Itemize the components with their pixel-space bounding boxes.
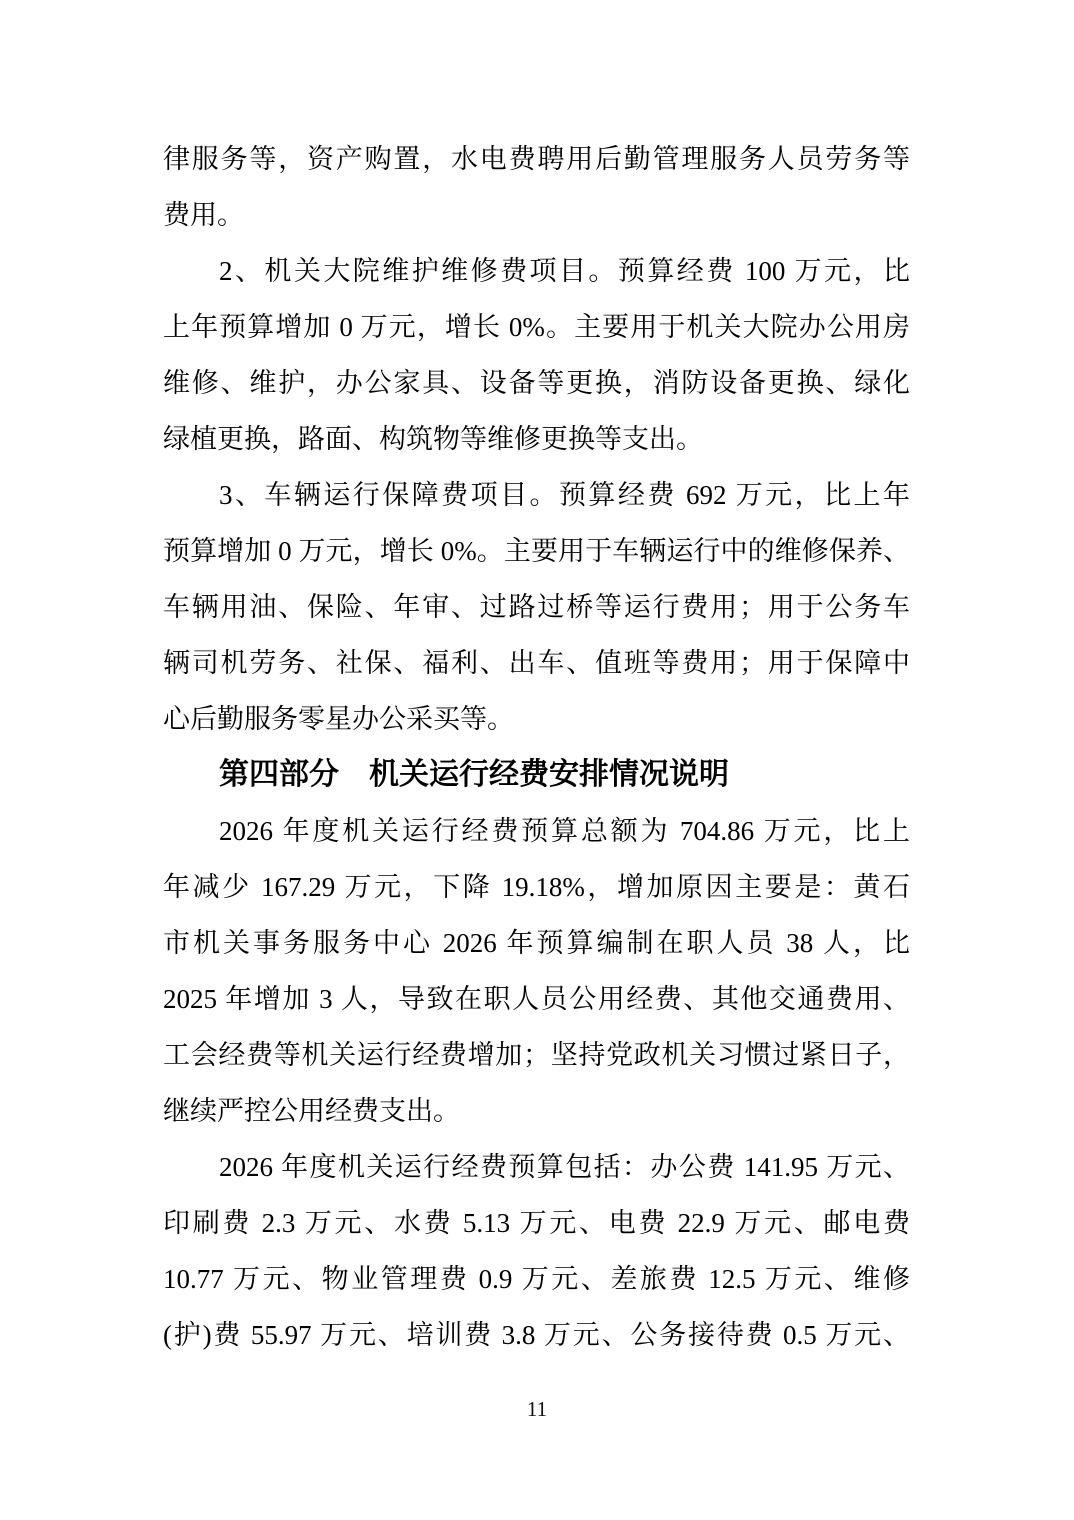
body-line: 2026 年度机关运行经费预算包括：办公费 141.95 万元、 bbox=[163, 1139, 910, 1195]
body-line: 工会经费等机关运行经费增加；坚持党政机关习惯过紧日子， bbox=[163, 1027, 910, 1083]
document-body: 律服务等，资产购置，水电费聘用后勤管理服务人员劳务等费用。2、机关大院维护维修费… bbox=[163, 131, 910, 1363]
body-line: 3、车辆运行保障费项目。预算经费 692 万元，比上年 bbox=[163, 467, 910, 523]
body-line: (护)费 55.97 万元、培训费 3.8 万元、公务接待费 0.5 万元、 bbox=[163, 1307, 910, 1363]
page-number: 11 bbox=[0, 1394, 1074, 1424]
body-line: 预算增加 0 万元，增长 0%。主要用于车辆运行中的维修保养、 bbox=[163, 523, 910, 579]
body-line: 继续严控公用经费支出。 bbox=[163, 1083, 910, 1139]
body-line: 印刷费 2.3 万元、水费 5.13 万元、电费 22.9 万元、邮电费 bbox=[163, 1195, 910, 1251]
body-line: 10.77 万元、物业管理费 0.9 万元、差旅费 12.5 万元、维修 bbox=[163, 1251, 910, 1307]
body-line: 维修、维护，办公家具、设备等更换，消防设备更换、绿化 bbox=[163, 355, 910, 411]
body-line: 律服务等，资产购置，水电费聘用后勤管理服务人员劳务等 bbox=[163, 131, 910, 187]
body-line: 2、机关大院维护维修费项目。预算经费 100 万元，比 bbox=[163, 243, 910, 299]
body-line: 心后勤服务零星办公采买等。 bbox=[163, 691, 910, 747]
body-line: 市机关事务服务中心 2026 年预算编制在职人员 38 人，比 bbox=[163, 915, 910, 971]
body-line: 年减少 167.29 万元，下降 19.18%，增加原因主要是：黄石 bbox=[163, 859, 910, 915]
document-page: 律服务等，资产购置，水电费聘用后勤管理服务人员劳务等费用。2、机关大院维护维修费… bbox=[0, 0, 1074, 1520]
body-line: 2026 年度机关运行经费预算总额为 704.86 万元，比上 bbox=[163, 803, 910, 859]
body-line: 车辆用油、保险、年审、过路过桥等运行费用；用于公务车 bbox=[163, 579, 910, 635]
body-line: 上年预算增加 0 万元，增长 0%。主要用于机关大院办公用房 bbox=[163, 299, 910, 355]
body-line: 2025 年增加 3 人，导致在职人员公用经费、其他交通费用、 bbox=[163, 971, 910, 1027]
body-line: 绿植更换，路面、构筑物等维修更换等支出。 bbox=[163, 411, 910, 467]
body-line: 费用。 bbox=[163, 187, 910, 243]
body-line: 辆司机劳务、社保、福利、出车、值班等费用；用于保障中 bbox=[163, 635, 910, 691]
section-heading: 第四部分 机关运行经费安排情况说明 bbox=[163, 747, 910, 803]
